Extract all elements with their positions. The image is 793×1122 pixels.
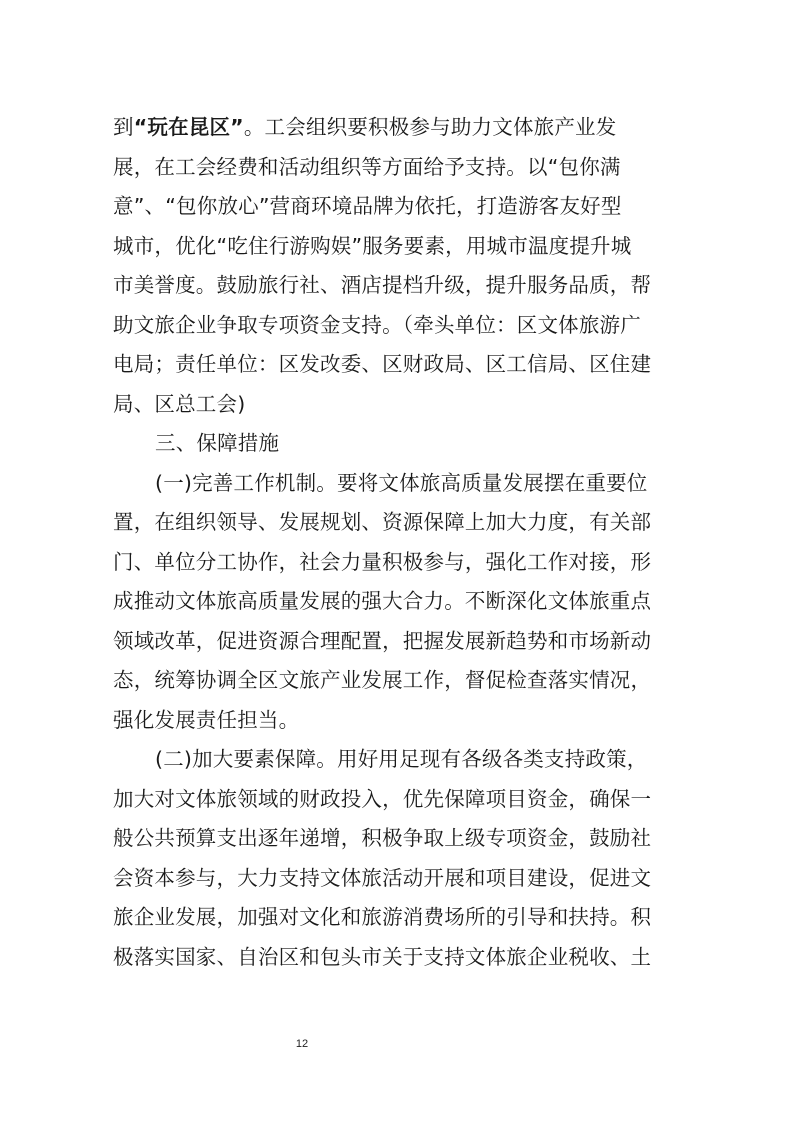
text-line: 电局；责任单位：区发改委、区财政局、区工信局、区住建 [113, 345, 683, 385]
section-heading: 三、保障措施 [113, 424, 683, 464]
text-line: 态，统筹协调全区文旅产业发展工作，督促检查落实情况， [113, 661, 683, 701]
text-line: 局、区总工会) [113, 385, 683, 425]
text-line: 领域改革，促进资源合理配置，把握发展新趋势和市场新动 [113, 622, 683, 662]
text-line: 般公共预算支出逐年递增，积极争取上级专项资金，鼓励社 [113, 819, 683, 859]
text-segment: 到 [113, 115, 134, 139]
text-line: 加大对文体旅领域的财政投入，优先保障项目资金，确保一 [113, 780, 683, 820]
text-line: 极落实国家、自治区和包头市关于支持文体旅企业税收、土 [113, 938, 683, 978]
text-line: 展，在工会经费和活动组织等方面给予支持。以“包你满 [113, 148, 683, 188]
bold-emphasis: “玩在昆区” [134, 115, 244, 139]
text-line: 到“玩在昆区”。工会组织要积极参与助力文体旅产业发 [113, 108, 683, 148]
text-line: 强化发展责任担当。 [113, 701, 683, 741]
text-line: 会资本参与，大力支持文体旅活动开展和项目建设，促进文 [113, 859, 683, 899]
text-segment: 。工会组织要积极参与助力文体旅产业发 [244, 115, 617, 139]
text-line: 置，在组织领导、发展规划、资源保障上加大力度，有关部 [113, 503, 683, 543]
subsection-heading-line: (二)加大要素保障。用好用足现有各级各类支持政策， [113, 740, 683, 780]
text-line: 意”、“包你放心”营商环境品牌为依托，打造游客友好型 [113, 187, 683, 227]
page-number: 12 [290, 1038, 314, 1050]
subsection-heading-line: (一)完善工作机制。要将文体旅高质量发展摆在重要位 [113, 464, 683, 504]
document-body: 到“玩在昆区”。工会组织要积极参与助力文体旅产业发 展，在工会经费和活动组织等方… [113, 108, 683, 977]
text-line: 旅企业发展，加强对文化和旅游消费场所的引导和扶持。积 [113, 898, 683, 938]
document-page: 到“玩在昆区”。工会组织要积极参与助力文体旅产业发 展，在工会经费和活动组织等方… [0, 0, 793, 1122]
text-line: 助文旅企业争取专项资金支持。（牵头单位：区文体旅游广 [113, 306, 683, 346]
text-line: 门、单位分工协作，社会力量积极参与，强化工作对接，形 [113, 543, 683, 583]
text-line: 市美誉度。鼓励旅行社、酒店提档升级，提升服务品质，帮 [113, 266, 683, 306]
text-line: 城市，优化“吃住行游购娱”服务要素，用城市温度提升城 [113, 227, 683, 267]
text-line: 成推动文体旅高质量发展的强大合力。不断深化文体旅重点 [113, 582, 683, 622]
